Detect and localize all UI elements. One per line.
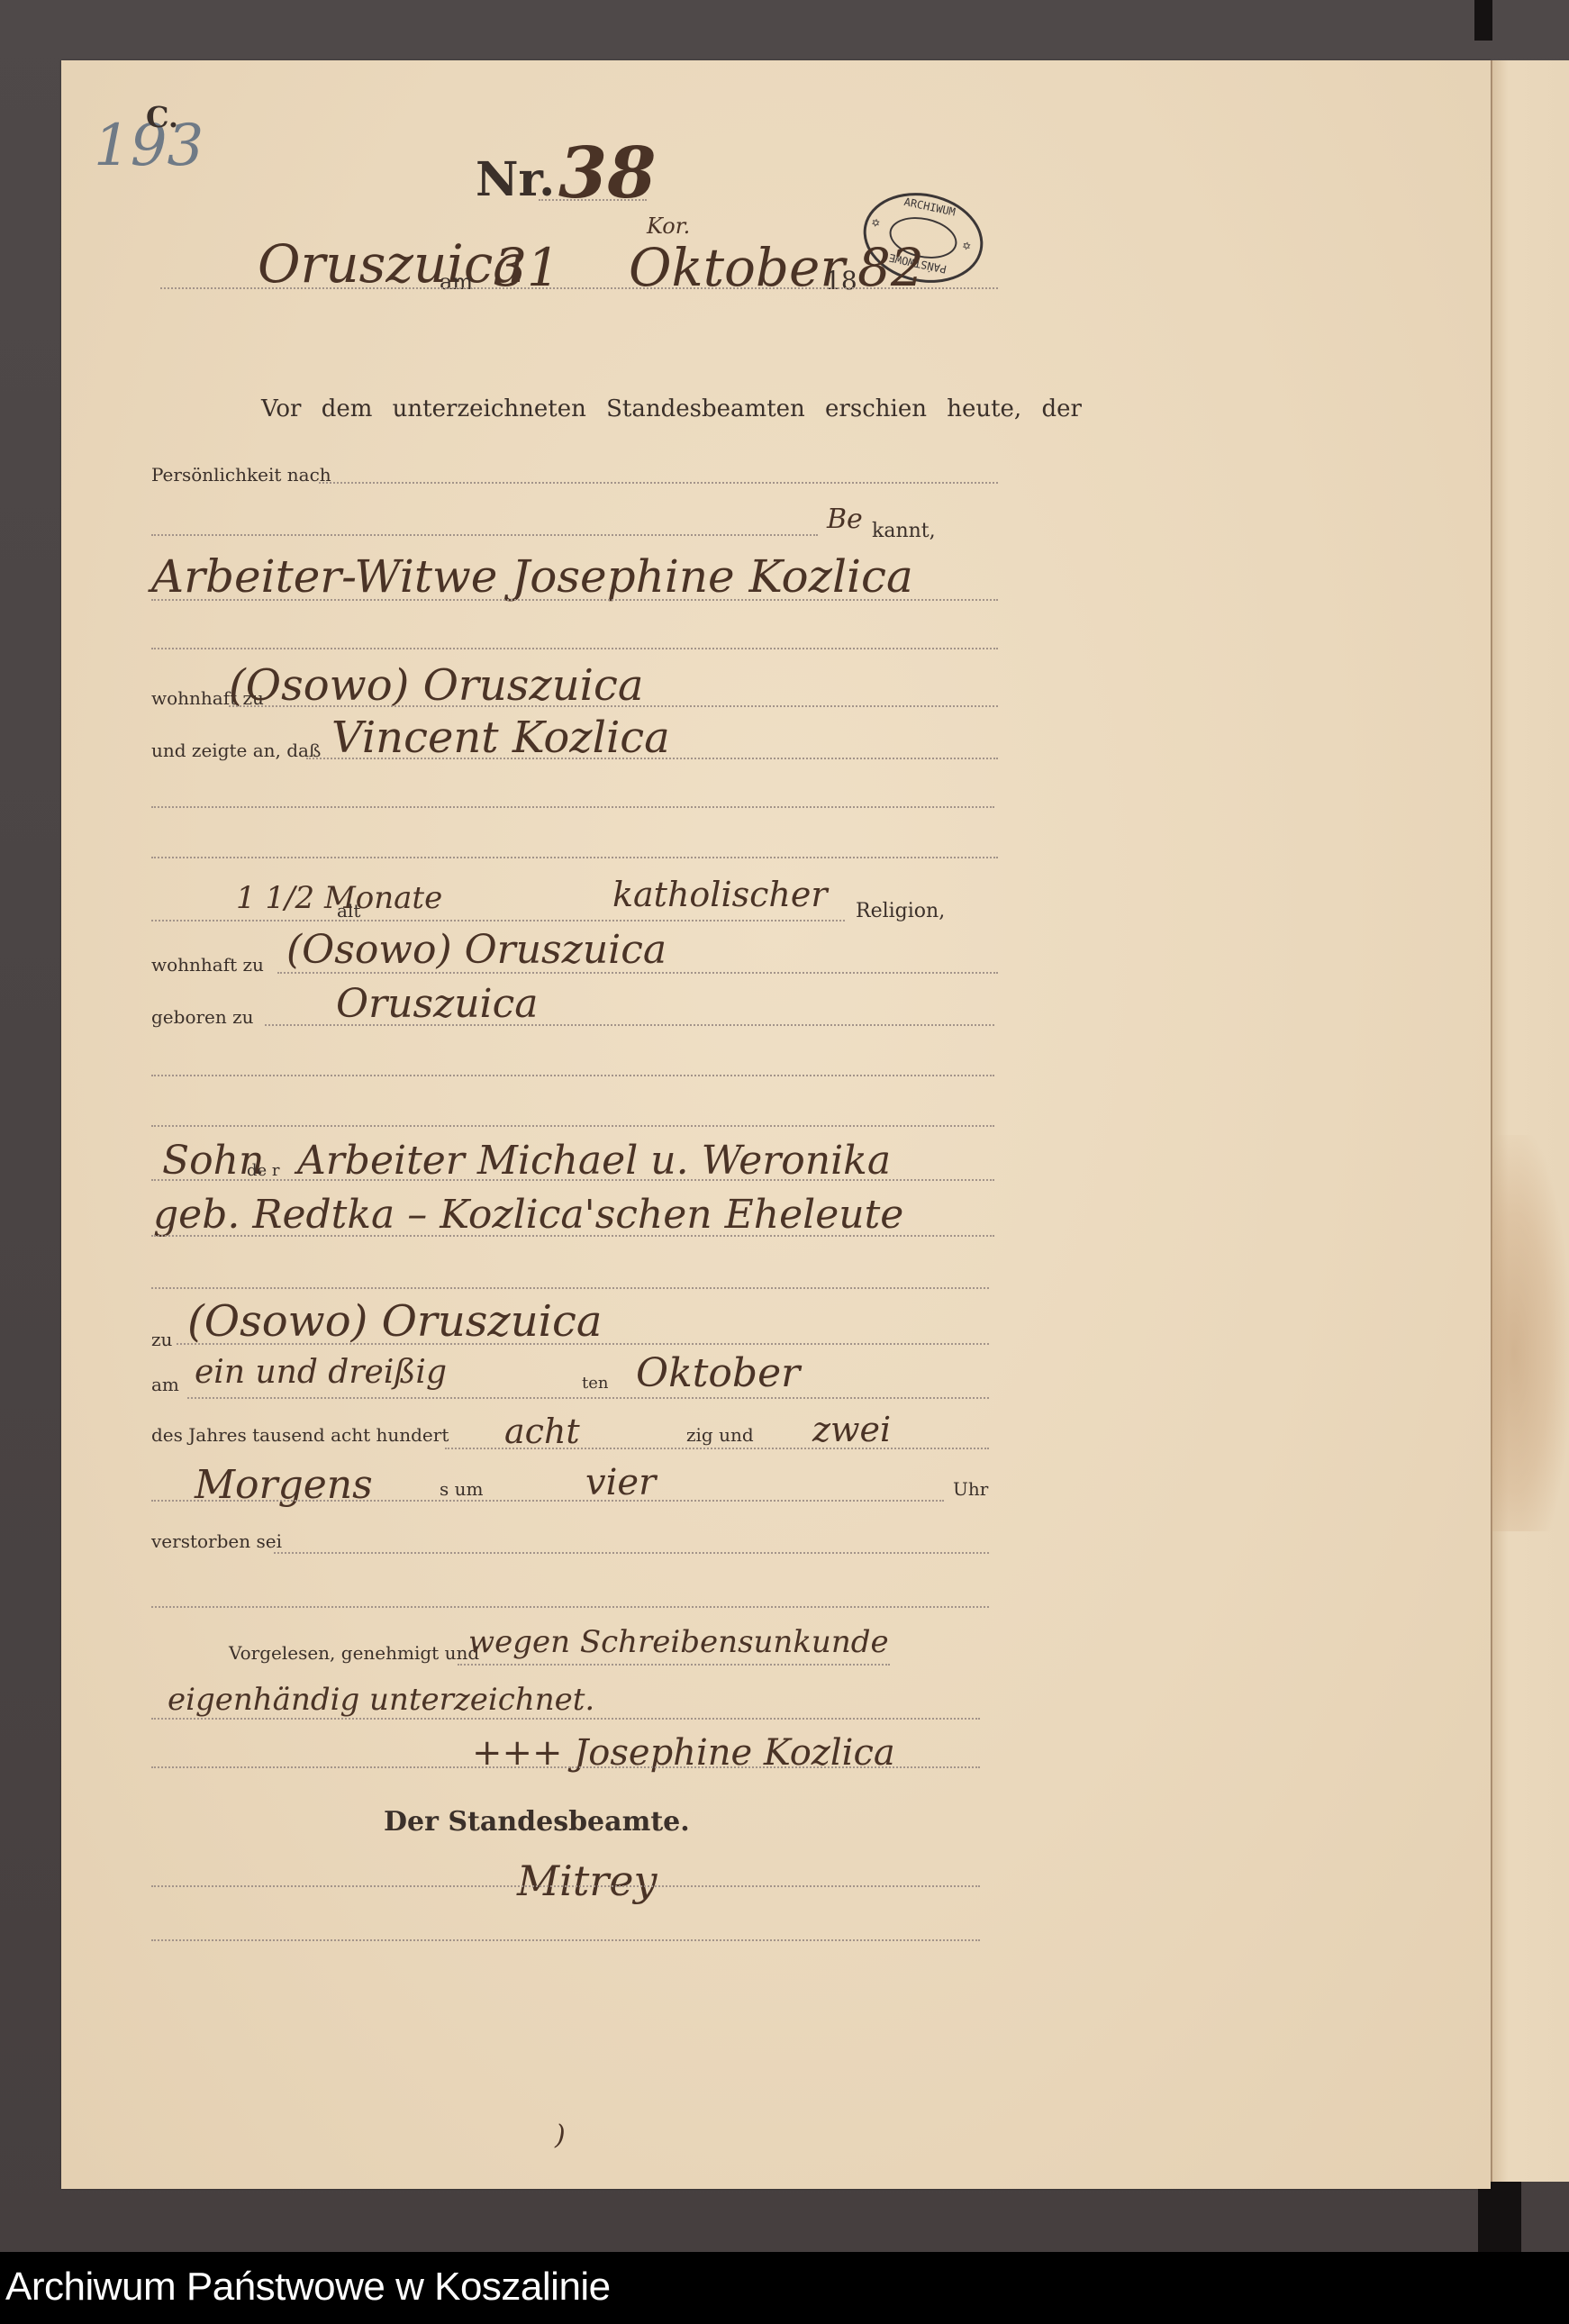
died-label: verstorben sei	[151, 1530, 282, 1552]
star-icon: ✡	[961, 239, 973, 253]
known-handwritten: Be	[827, 504, 863, 535]
dotted-line	[151, 1766, 980, 1768]
year-tens: acht	[504, 1412, 580, 1451]
dotted-line	[539, 199, 647, 201]
star-icon: ✡	[870, 216, 882, 231]
dotted-line	[274, 1552, 989, 1554]
binding-strip	[1478, 2178, 1521, 2252]
informant-name: Arbeiter-Witwe Josephine Kozlica	[151, 550, 913, 603]
approved-note-2: eigenhändig unterzeichnet.	[168, 1682, 594, 1718]
intro-line: Vor dem unterzeichneten Standesbeamten e…	[261, 395, 1082, 422]
deceased-religion: katholischer	[612, 875, 828, 914]
dotted-line	[151, 1606, 989, 1608]
death-day: ein und dreißig	[195, 1354, 447, 1391]
born-place: Oruszuica	[336, 981, 539, 1027]
dotted-line	[151, 599, 998, 601]
dotted-line	[277, 972, 998, 974]
informant-residence: (Osowo) Oruszuica	[229, 660, 643, 711]
dotted-line	[151, 1287, 989, 1289]
parents-place-label: zu	[151, 1329, 172, 1350]
dotted-line	[151, 1125, 994, 1127]
year-label: des Jahres tausend acht hundert	[151, 1424, 449, 1446]
dotted-line	[151, 1235, 994, 1237]
place-name: Oruszuica	[258, 233, 524, 295]
dotted-line	[151, 857, 998, 858]
archive-caption: Archiwum Państwowe w Koszalinie	[5, 2265, 611, 2310]
religion-label: Religion,	[856, 900, 945, 922]
dotted-line	[151, 920, 845, 921]
record-number: 38	[558, 132, 657, 214]
dotted-line	[306, 758, 998, 759]
date-am-label: am	[440, 269, 473, 295]
approved-label: Vorgelesen, genehmigt und	[229, 1642, 479, 1664]
dotted-line	[265, 1024, 994, 1026]
printed-series-letter: C.	[146, 100, 178, 134]
dotted-line	[229, 705, 998, 707]
registrar-label: Der Standesbeamte.	[384, 1806, 690, 1838]
personality-label: Persönlichkeit nach	[151, 464, 331, 486]
bottom-mark: )	[555, 2120, 566, 2151]
death-month: Oktober	[636, 1350, 800, 1396]
document-page: 193 C. Nr. 38 Kor. ARCHIWUM PAŃSTWOWE ✡ …	[61, 60, 1491, 2189]
death-day-label: am	[151, 1374, 179, 1395]
deceased-residence-label: wohnhaft zu	[151, 954, 264, 976]
known-label: kannt,	[872, 520, 936, 542]
dotted-line	[458, 1664, 890, 1666]
approved-note-1: wegen Schreibensunkunde	[468, 1624, 889, 1660]
dotted-line	[151, 1075, 994, 1076]
dotted-line	[319, 482, 998, 484]
dotted-line	[151, 1939, 980, 1941]
age-label: alt	[337, 900, 360, 921]
dotted-line	[151, 1179, 994, 1181]
dotted-line	[177, 1343, 989, 1345]
dotted-line	[160, 287, 998, 289]
dotted-line	[151, 1500, 944, 1502]
dotted-line	[151, 1885, 980, 1887]
hour-label: Uhr	[953, 1478, 988, 1500]
mother-and-family: geb. Redtka – Kozlica'schen Eheleute	[153, 1192, 903, 1238]
dotted-line	[187, 1397, 989, 1399]
parents-place: (Osowo) Oruszuica	[187, 1296, 602, 1347]
born-label: geboren zu	[151, 1006, 254, 1028]
next-page-edge	[1491, 60, 1569, 2182]
binding-strip	[1474, 0, 1492, 41]
relation-article: de r	[247, 1161, 280, 1180]
year-units: zwei	[812, 1410, 891, 1449]
year-tens-suffix: zig und	[686, 1424, 754, 1446]
dotted-line	[151, 648, 998, 649]
year-prefix: 18	[825, 266, 857, 295]
registrar-signature: Mitrey	[517, 1856, 658, 1905]
time-s-um: s um	[440, 1478, 483, 1500]
dotted-line	[151, 1718, 980, 1720]
death-hour: vier	[585, 1462, 656, 1503]
reported-label: und zeigte an, daß	[151, 740, 321, 761]
dotted-line	[151, 534, 818, 536]
dotted-line	[445, 1448, 989, 1449]
record-annotation: Kor.	[647, 213, 690, 239]
water-stain	[1491, 1135, 1569, 1531]
dotted-line	[151, 806, 994, 808]
deceased-residence: (Osowo) Oruszuica	[286, 927, 667, 973]
death-day-suffix: ten	[582, 1374, 608, 1393]
stamp-top-text: ARCHIWUM	[893, 194, 966, 221]
father-name: Arbeiter Michael u. Weronika	[297, 1138, 891, 1184]
deceased-name: Vincent Kozlica	[331, 713, 670, 763]
